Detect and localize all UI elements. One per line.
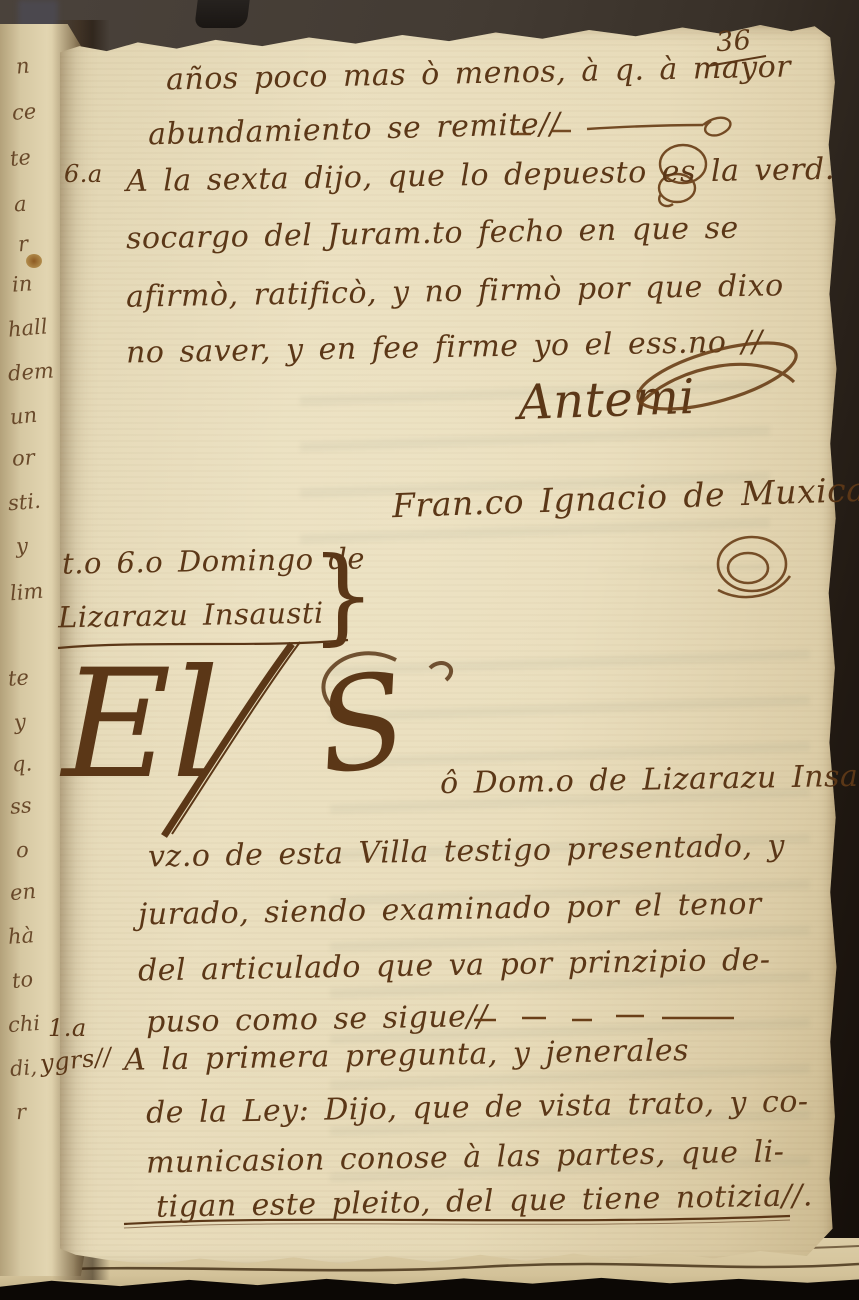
deposition-line-5: puso como se sigue// (146, 999, 488, 1040)
deposition-line-1: ô Dom.o de Lizarazu Insausti (440, 758, 859, 801)
filler-dashes (470, 1000, 770, 1032)
page-edge-fragment: a (13, 192, 27, 217)
bottom-rule (122, 1208, 794, 1234)
book-clamp (194, 0, 249, 28)
page-edge-fragment: y (15, 534, 28, 559)
page-edge-fragment: to (11, 967, 34, 993)
page-edge-fragment: or (11, 445, 35, 471)
page-edge-fragment: sti. (7, 489, 42, 516)
capital-swirl-flourish (268, 642, 468, 827)
page-edge-fragment: chi (7, 1011, 41, 1037)
margin-mark-question-6: 6.a (64, 160, 103, 188)
page-edge-fragment: un (9, 403, 38, 430)
page-edge-fragment: r (17, 232, 29, 257)
page-edge-fragment: in (11, 271, 33, 296)
paper-stain (26, 254, 42, 268)
attestation-flourish (612, 338, 812, 433)
margin-mark-question-1: 1.a (48, 1014, 87, 1042)
signature-rubric (704, 524, 804, 608)
page-edge-fragment: en (9, 879, 37, 905)
witness-heading-line-2: Lizarazu Insausti (58, 596, 324, 635)
page-edge-fragment: te (9, 145, 32, 171)
page-edge-fragment: q. (11, 751, 33, 776)
page-edge-fragment: hall (7, 314, 48, 341)
page-edge-fragment: di, (9, 1055, 38, 1081)
page-edge-fragment: ce (11, 99, 37, 125)
page-edge-fragment: y (13, 709, 27, 734)
page-edge-fragment: dem (7, 358, 54, 385)
page-edge-fragment: hà (7, 923, 35, 949)
page-edge-fragment: n (15, 53, 31, 78)
page-edge-fragment: lim (9, 579, 44, 606)
page-edge-fragment: te (7, 665, 29, 690)
page-edge-fragment: r (15, 1100, 26, 1124)
page-edge-fragment: ss (9, 793, 33, 819)
page-edge-fragment: o (15, 838, 29, 863)
